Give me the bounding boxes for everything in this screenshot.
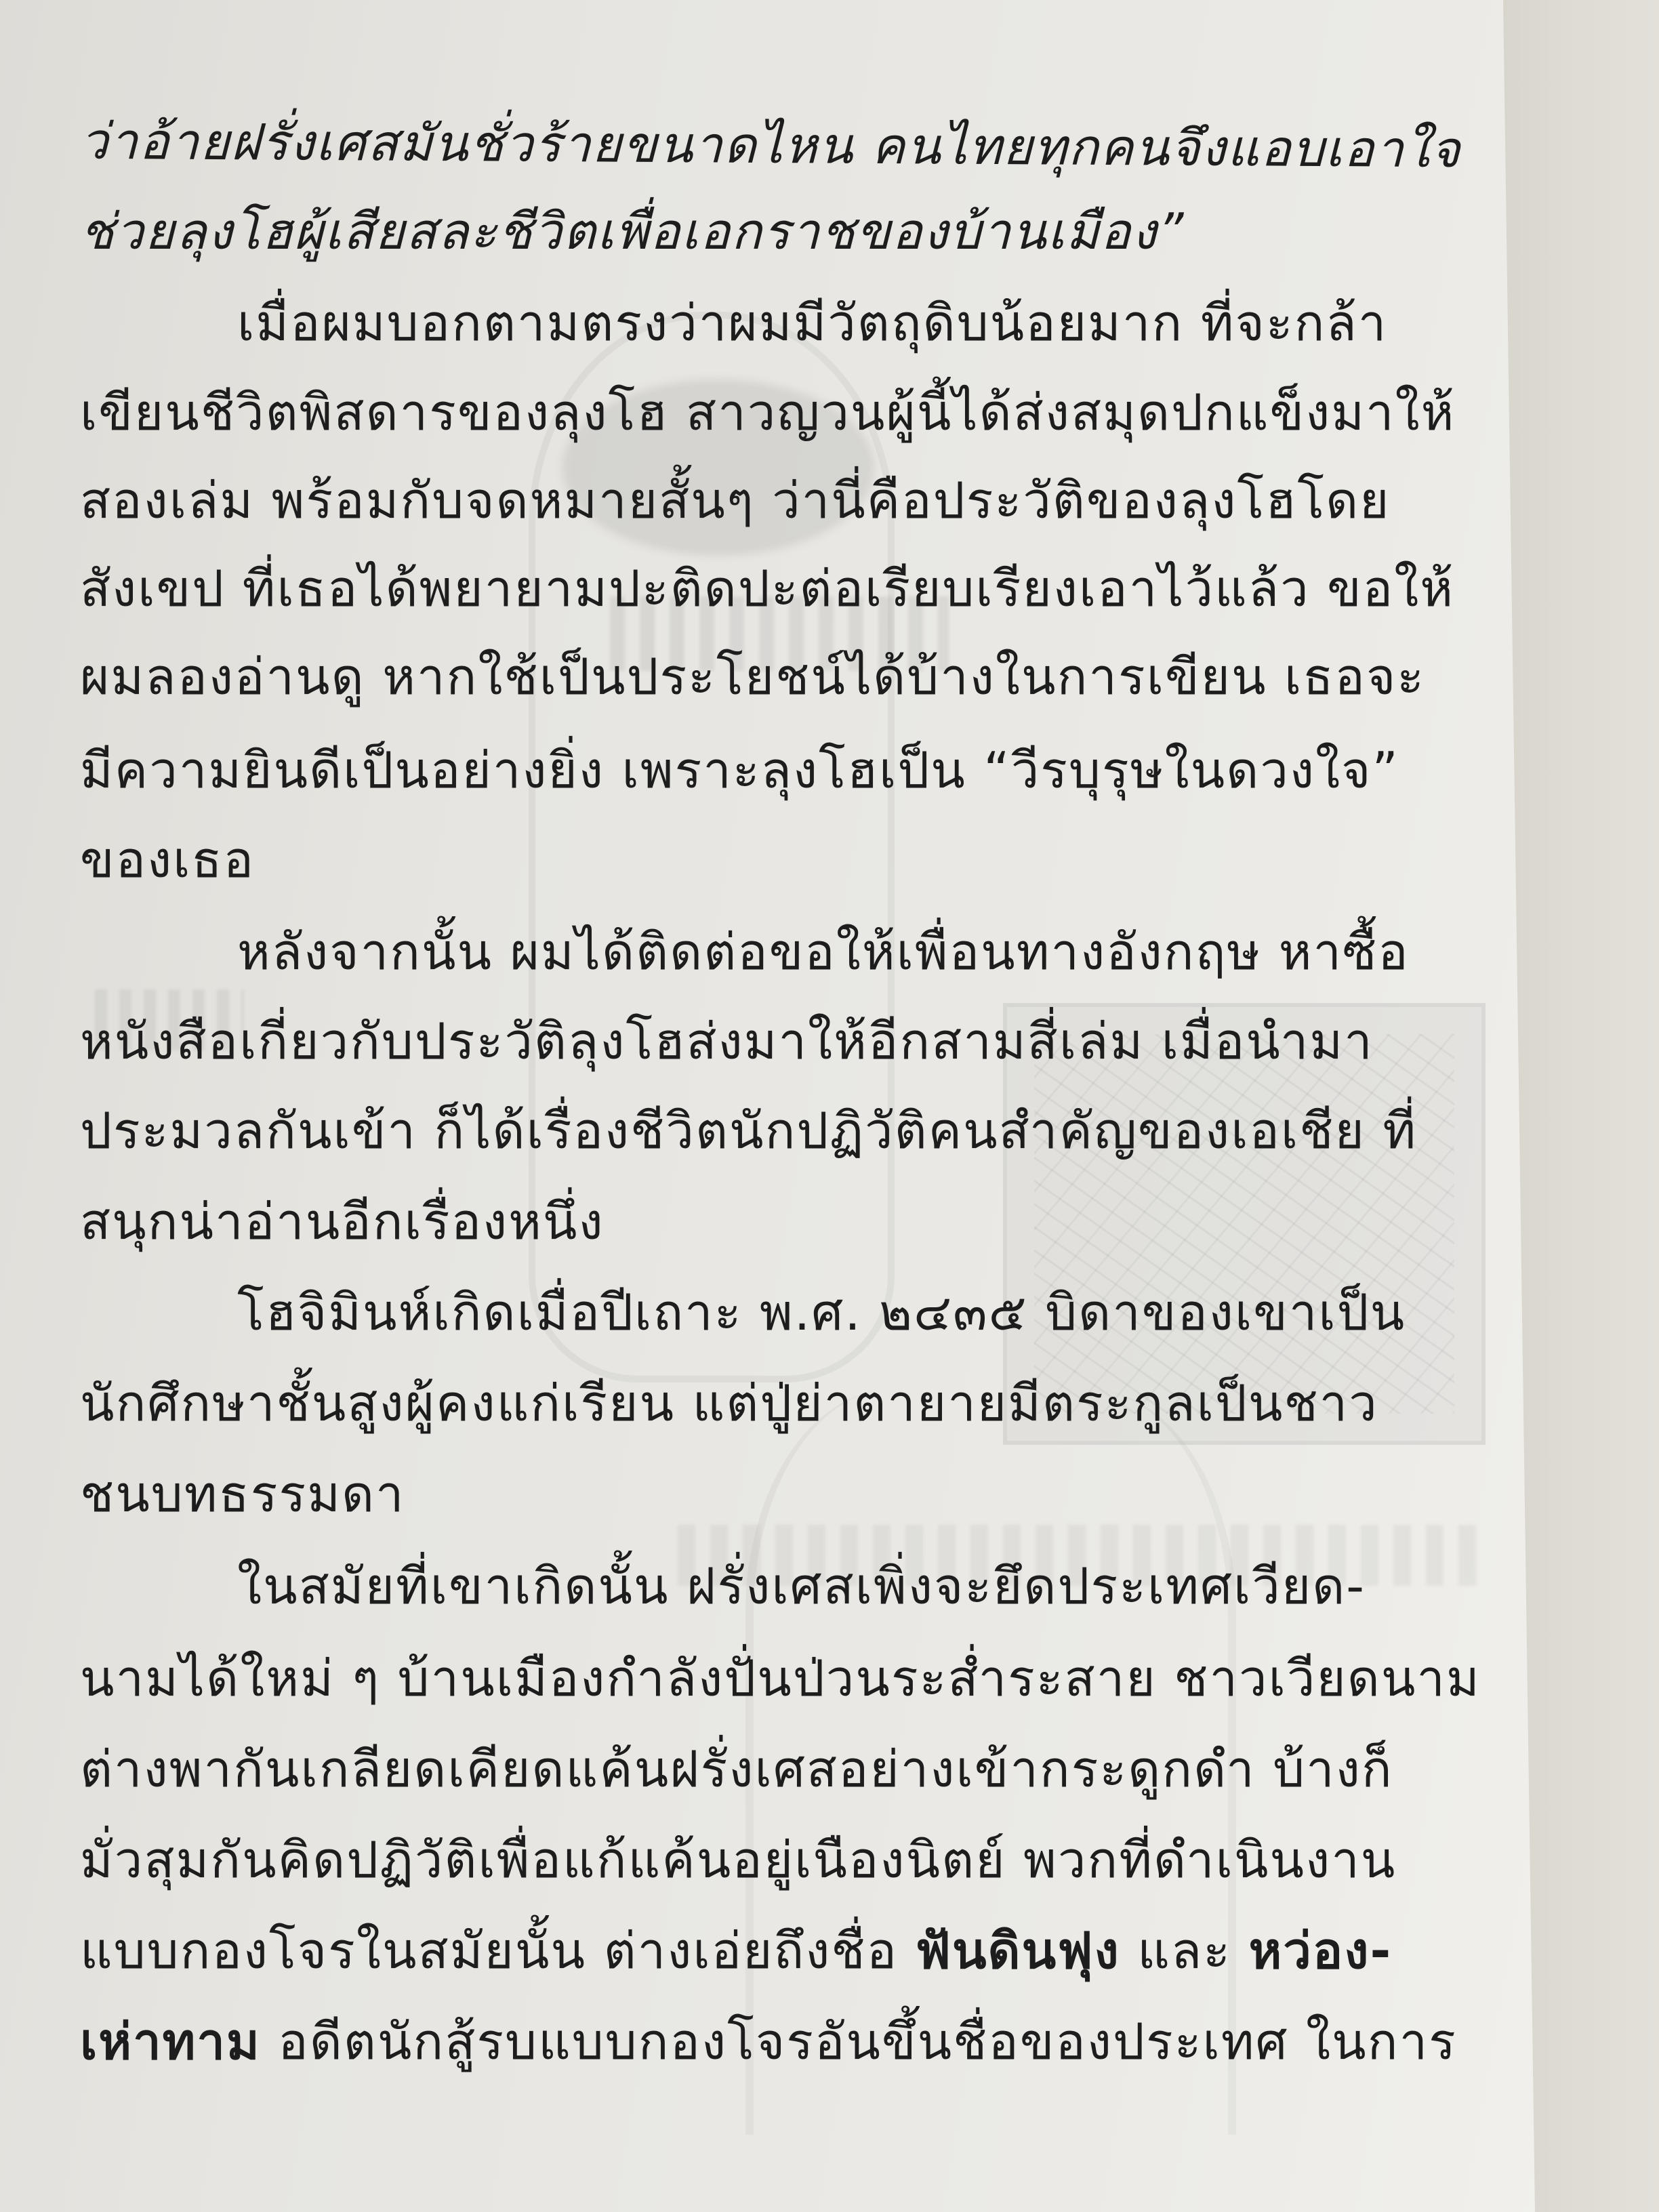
paragraph-line: สังเขป ที่เธอได้พยายามปะติดปะต่อเรียบเรี…	[80, 564, 1454, 614]
paragraph-line: โฮจิมินห์เกิดเมื่อปีเถาะ พ.ศ. ๒๔๓๕ บิดาข…	[237, 1288, 1406, 1338]
page-body-text: ว่าอ้ายฝรั่งเศสมันชั่วร้ายขนาดไหน คนไทยท…	[0, 0, 1659, 2212]
paragraph-line-with-names: เห่าทาม อดีตนักสู้รบแบบกองโจรอันขึ้นชื่อ…	[80, 2017, 1457, 2067]
paragraph-line: มีความยินดีเป็นอย่างยิ่ง เพราะลุงโฮเป็น …	[80, 745, 1399, 796]
paragraph-line: ผมลองอ่านดู หากใช้เป็นประโยชน์ได้บ้างในก…	[80, 652, 1425, 702]
paragraph-line: ในสมัยที่เขาเกิดนั้น ฝรั่งเศสเพิ่งจะยึดป…	[237, 1561, 1366, 1612]
quote-line-2: ช่วยลุงโฮผู้เสียสละชีวิตเพื่อเอกราชของบ้…	[80, 207, 1185, 257]
quote-line-1: ว่าอ้ายฝรั่งเศสมันชั่วร้ายขนาดไหน คนไทยท…	[80, 117, 1462, 175]
paragraph-line: หนังสือเกี่ยวกับประวัติลุงโฮส่งมาให้อีกส…	[80, 1017, 1374, 1067]
line-text: อดีตนักสู้รบแบบกองโจรอันขึ้นชื่อของประเท…	[261, 2013, 1457, 2071]
bold-name-hoang-hoa-tham-part1: หว่อง-	[1249, 1922, 1393, 1980]
paragraph-line: สองเล่ม พร้อมกับจดหมายสั้นๆ ว่านี่คือประ…	[80, 476, 1391, 526]
paragraph-line: ต่างพากันเกลียดเคียดแค้นฝรั่งเศสอย่างเข้…	[80, 1744, 1393, 1795]
paragraph-line: มั่วสุมกันคิดปฏิวัติเพื่อแก้แค้นอยู่เนือ…	[80, 1835, 1396, 1885]
paragraph-line: เมื่อผมบอกตามตรงว่าผมมีวัตถุดิบน้อยมาก ท…	[237, 298, 1387, 348]
line-text: แบบกองโจรในสมัยนั้น ต่างเอ่ยถึงชื่อ	[80, 1922, 916, 1980]
paragraph-line: ประมวลกันเข้า ก็ได้เรื่องชีวิตนักปฏิวัติ…	[80, 1106, 1417, 1156]
paragraph-line: เขียนชีวิตพิสดารของลุงโฮ สาวญวนผู้นี้ได้…	[80, 388, 1455, 438]
paragraph-line: ของเธอ	[80, 835, 255, 885]
line-text: และ	[1120, 1922, 1249, 1980]
paragraph-line: หลังจากนั้น ผมได้ติดต่อขอให้เพื่อนทางอัง…	[237, 927, 1410, 977]
paragraph-line: สนุกน่าอ่านอีกเรื่องหนึ่ง	[80, 1197, 605, 1247]
paragraph-line: ชนบทธรรมดา	[80, 1469, 405, 1519]
bold-name-phan-dinh-phung: ฟันดินฟุง	[916, 1922, 1120, 1980]
bold-name-hoang-hoa-tham-part2: เห่าทาม	[80, 2013, 261, 2071]
paragraph-line: นักศึกษาชั้นสูงผู้คงแก่เรียน แต่ปู่ย่าตา…	[80, 1378, 1378, 1429]
paragraph-line-with-names: แบบกองโจรในสมัยนั้น ต่างเอ่ยถึงชื่อ ฟันด…	[80, 1926, 1392, 1976]
paragraph-line: นามได้ใหม่ ๆ บ้านเมืองกำลังปั่นป่วนระส่ำ…	[80, 1654, 1481, 1704]
